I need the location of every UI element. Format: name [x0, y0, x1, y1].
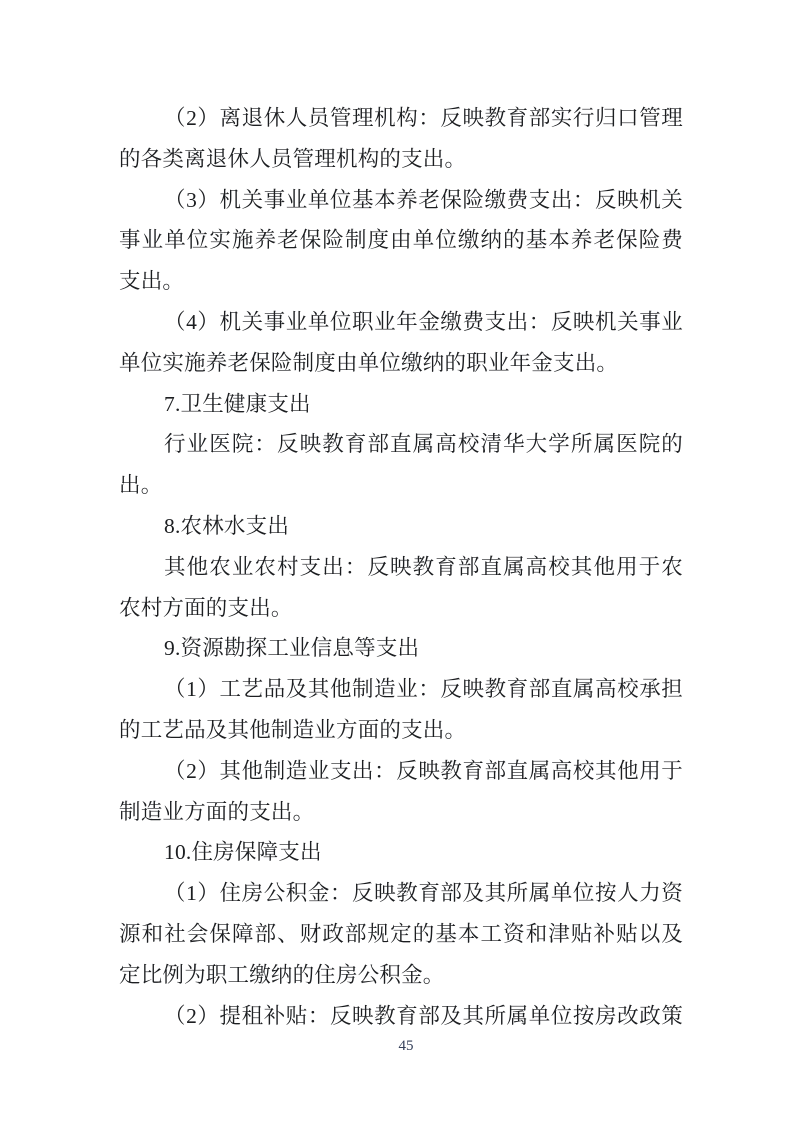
document-page: （2）离退休人员管理机构：反映教育部实行归口管理的各类离退休人员管理机构的支出。… — [0, 0, 800, 1131]
text-line: 10.住房保障支出 — [119, 832, 683, 873]
text-line: 其他农业农村支出：反映教育部直属高校其他用于农业 — [119, 547, 683, 588]
text-line: 9.资源勘探工业信息等支出 — [119, 628, 683, 669]
text-line: 定比例为职工缴纳的住房公积金。 — [119, 955, 683, 996]
page-number: 45 — [0, 1038, 800, 1055]
text-line: 行业医院：反映教育部直属高校清华大学所属医院的支 — [119, 424, 683, 465]
text-line: （1）工艺品及其他制造业：反映教育部直属高校承担 — [119, 669, 683, 710]
text-line: 制造业方面的支出。 — [119, 792, 683, 833]
text-line: 支出。 — [119, 261, 683, 302]
text-line: （3）机关事业单位基本养老保险缴费支出：反映机关 — [119, 180, 683, 221]
text-line: 事业单位实施养老保险制度由单位缴纳的基本养老保险费 — [119, 220, 683, 261]
text-line: 出。 — [119, 465, 683, 506]
text-line: （2）离退休人员管理机构：反映教育部实行归口管理 — [119, 98, 683, 139]
text-line: 单位实施养老保险制度由单位缴纳的职业年金支出。 — [119, 343, 683, 384]
text-line: 源和社会保障部、财政部规定的基本工资和津贴补贴以及规 — [119, 914, 683, 955]
text-line: 的工艺品及其他制造业方面的支出。 — [119, 710, 683, 751]
text-line: 7.卫生健康支出 — [119, 384, 683, 425]
text-line: （2）提租补贴：反映教育部及其所属单位按房改政策 — [119, 996, 683, 1037]
text-line: （1）住房公积金：反映教育部及其所属单位按人力资 — [119, 873, 683, 914]
body-text: （2）离退休人员管理机构：反映教育部实行归口管理的各类离退休人员管理机构的支出。… — [119, 98, 683, 1036]
text-line: 8.农林水支出 — [119, 506, 683, 547]
text-line: （4）机关事业单位职业年金缴费支出：反映机关事业 — [119, 302, 683, 343]
text-line: 农村方面的支出。 — [119, 588, 683, 629]
text-line: 的各类离退休人员管理机构的支出。 — [119, 139, 683, 180]
text-line: （2）其他制造业支出：反映教育部直属高校其他用于 — [119, 751, 683, 792]
